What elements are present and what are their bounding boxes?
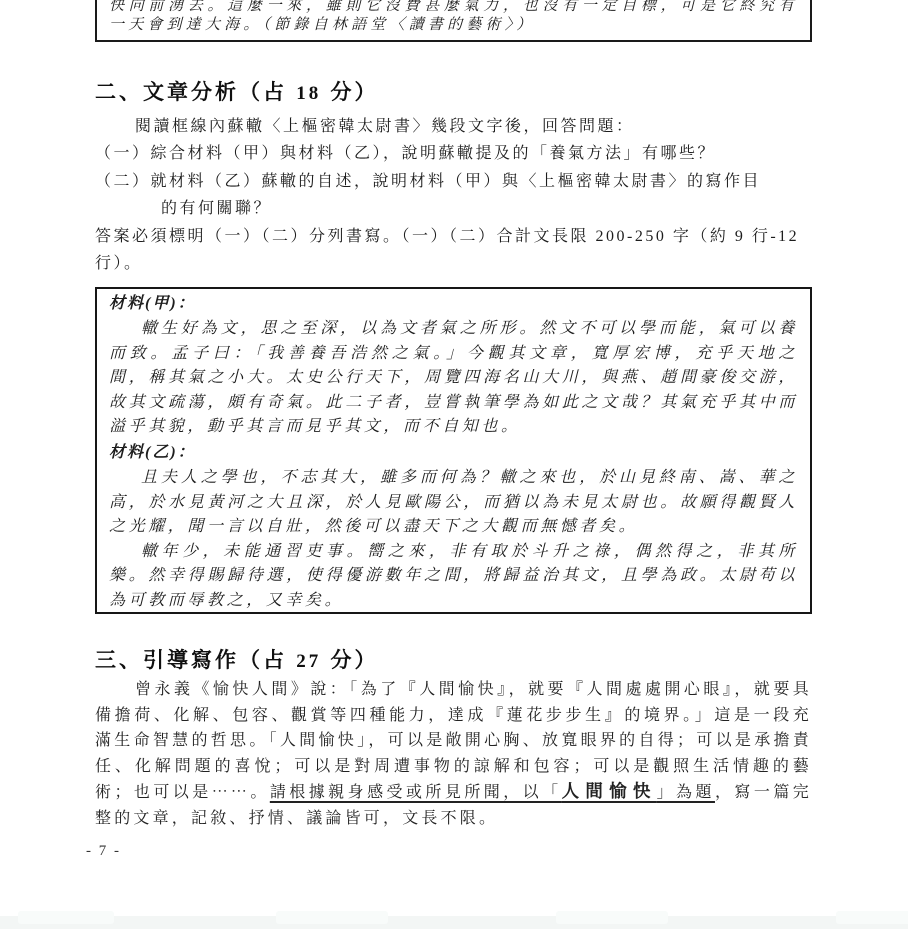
exam-page: 快向前湧去。這麼一來，雖則它沒費甚麼氣力，也沒有一定目標，可是它終究有 一天會到… — [0, 0, 908, 929]
section-writing-body: 曾永義《愉快人間》說：「為了『人間愉快』，就要『人間處處開心眼』，就要具備擔荷、… — [95, 677, 812, 832]
scan-artifact-blob — [18, 911, 114, 924]
question-2-line2: 的有何關聯？ — [95, 195, 812, 222]
essay-title: 人間愉快 — [562, 781, 657, 801]
answer-note-line1: 答案必須標明（一）（二）分列書寫。（一）（二）合計文長限 200-250 字（約… — [95, 223, 812, 250]
material-b-text-1: 且夫人之學也，不志其大，雖多而何為？轍之來也，於山見終南、嵩、華之高，於水見黃河… — [109, 466, 798, 540]
section-writing-score: 27 — [295, 651, 322, 672]
section-analysis-score: 18 — [295, 83, 322, 104]
scan-artifact-blob — [836, 911, 908, 924]
answer-note-line2: 行）。 — [95, 250, 812, 277]
scan-artifact-blob — [276, 911, 388, 924]
material-a-label: 材料(甲)： — [109, 291, 798, 317]
essay-instruction-pre: 請根據親身感受或所見所聞，以「 — [270, 784, 562, 801]
section-analysis-heading-post: 分） — [322, 80, 378, 104]
section-analysis-heading: 二、文章分析（占 18 分） — [95, 76, 379, 106]
section-analysis-heading-pre: 二、文章分析（占 — [95, 80, 295, 104]
material-b-text-2: 轍年少，未能通習吏事。嚮之來，非有取於斗升之祿，偶然得之，非其所樂。然幸得賜歸待… — [109, 540, 798, 614]
section-writing-heading-pre: 三、引導寫作（占 — [95, 648, 295, 672]
section-writing-heading-post: 分） — [322, 648, 378, 672]
question-1: （一）綜合材料（甲）與材料（乙），說明蘇轍提及的「養氣方法」有哪些？ — [95, 140, 812, 167]
analysis-intro: 閱讀框線內蘇轍〈上樞密韓太尉書〉幾段文字後，回答問題： — [95, 113, 812, 140]
section-analysis-body: 閱讀框線內蘇轍〈上樞密韓太尉書〉幾段文字後，回答問題： （一）綜合材料（甲）與材… — [95, 113, 812, 277]
section-writing-heading: 三、引導寫作（占 27 分） — [95, 644, 379, 674]
essay-instruction-underlined: 請根據親身感受或所見所聞，以「人間愉快」為題 — [270, 784, 715, 801]
question-2-line1: （二）就材料（乙）蘇轍的自述，說明材料（甲）與〈上樞密韓太尉書〉的寫作目 — [95, 168, 812, 195]
page-number: - 7 - — [86, 843, 121, 860]
material-b-label: 材料(乙)： — [109, 440, 798, 466]
excerpt-box: 快向前湧去。這麼一來，雖則它沒費甚麼氣力，也沒有一定目標，可是它終究有 一天會到… — [95, 0, 812, 42]
scan-artifact-strip — [0, 916, 908, 929]
scan-artifact-blob — [556, 911, 668, 924]
material-a-text: 轍生好為文，思之至深，以為文者氣之所形。然文不可以學而能，氣可以養而致。孟子曰：… — [109, 317, 798, 440]
excerpt-line-1: 快向前湧去。這麼一來，雖則它沒費甚麼氣力，也沒有一定目標，可是它終究有 — [109, 0, 798, 16]
essay-instruction-post: 」為題 — [657, 784, 715, 801]
materials-box: 材料(甲)： 轍生好為文，思之至深，以為文者氣之所形。然文不可以學而能，氣可以養… — [95, 287, 812, 614]
excerpt-line-2: 一天會到達大海。（節錄自林語堂〈讀書的藝術〉） — [109, 16, 798, 35]
